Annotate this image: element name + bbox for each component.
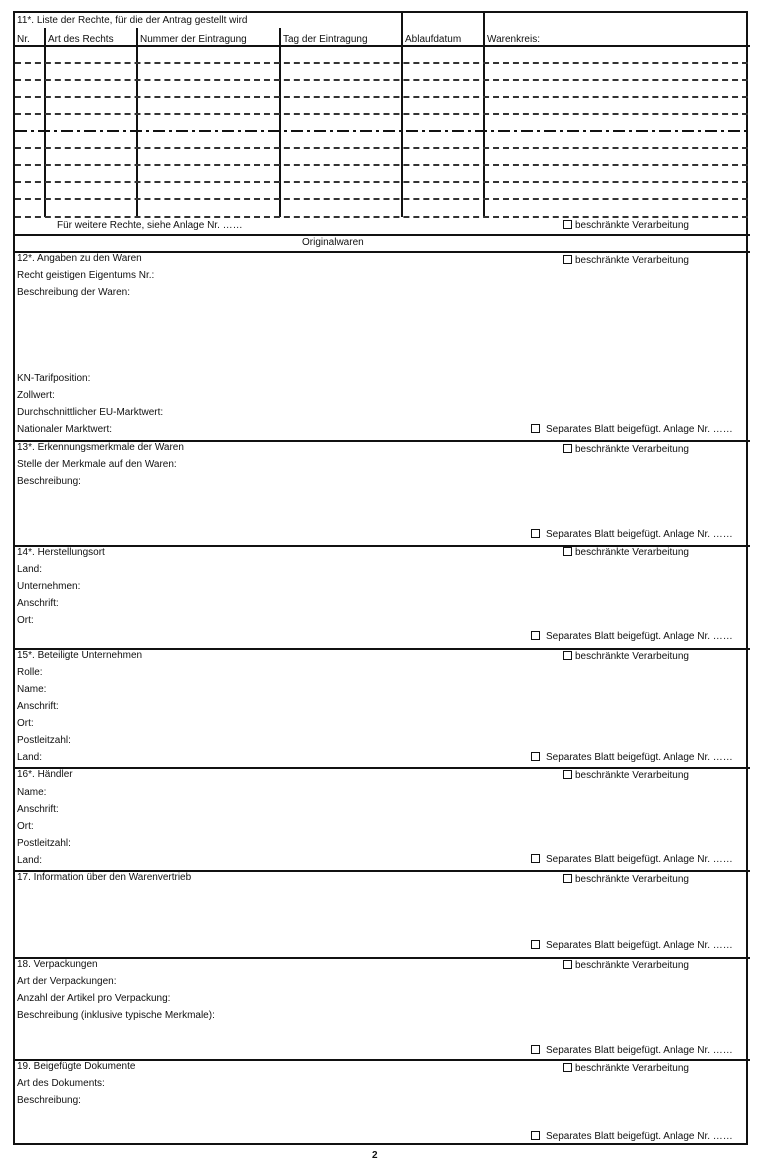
- section-16-title: 16*. Händler: [17, 769, 73, 781]
- section-19-title: 19. Beigefügte Dokumente: [17, 1061, 135, 1073]
- field-document-description[interactable]: Beschreibung:: [17, 1095, 81, 1107]
- field-national-market-value[interactable]: Nationaler Marktwert:: [17, 424, 112, 436]
- checkbox-icon[interactable]: [563, 874, 572, 883]
- checkbox-icon[interactable]: [531, 529, 540, 538]
- field-role[interactable]: Rolle:: [17, 667, 43, 679]
- divider: [13, 957, 750, 959]
- table-row[interactable]: [15, 181, 748, 183]
- checkbox-icon[interactable]: [531, 1045, 540, 1054]
- field-document-type[interactable]: Art des Dokuments:: [17, 1078, 105, 1090]
- checkbox-icon[interactable]: [563, 255, 572, 264]
- checkbox-icon[interactable]: [563, 547, 572, 556]
- table-row[interactable]: [15, 164, 748, 166]
- separate-sheet-checkbox-16[interactable]: Separates Blatt beigefügt. Anlage Nr. ……: [531, 854, 733, 866]
- table-header-rule: [13, 45, 750, 47]
- separate-sheet-checkbox-12[interactable]: Separates Blatt beigefügt. Anlage Nr. ……: [531, 424, 733, 436]
- checkbox-icon[interactable]: [563, 770, 572, 779]
- section-17-title: 17. Information über den Warenvertrieb: [17, 872, 191, 884]
- field-name[interactable]: Name:: [17, 684, 46, 696]
- field-ip-right-nr[interactable]: Recht geistigen Eigentums Nr.:: [17, 270, 154, 282]
- separate-sheet-checkbox-14[interactable]: Separates Blatt beigefügt. Anlage Nr. ……: [531, 631, 733, 643]
- field-country[interactable]: Land:: [17, 564, 42, 576]
- checkbox-icon[interactable]: [531, 940, 540, 949]
- separate-sheet-checkbox-17[interactable]: Separates Blatt beigefügt. Anlage Nr. ……: [531, 940, 733, 952]
- field-address[interactable]: Anschrift:: [17, 598, 59, 610]
- separate-sheet-checkbox-18[interactable]: Separates Blatt beigefügt. Anlage Nr. ……: [531, 1045, 733, 1057]
- field-city[interactable]: Ort:: [17, 615, 34, 627]
- separate-sheet-checkbox-15[interactable]: Separates Blatt beigefügt. Anlage Nr. ……: [531, 752, 733, 764]
- table-row[interactable]: [15, 198, 748, 200]
- restricted-checkbox-17[interactable]: beschränkte Verarbeitung: [563, 874, 689, 886]
- section-14-title: 14*. Herstellungsort: [17, 547, 105, 559]
- col-divider: [44, 28, 46, 217]
- field-packaging-description[interactable]: Beschreibung (inklusive typische Merkmal…: [17, 1010, 215, 1022]
- separate-sheet-checkbox-19[interactable]: Separates Blatt beigefügt. Anlage Nr. ……: [531, 1131, 733, 1143]
- field-eu-market-value[interactable]: Durchschnittlicher EU-Marktwert:: [17, 407, 163, 419]
- divider: [13, 767, 750, 769]
- table-row[interactable]: [15, 79, 748, 81]
- divider: [13, 234, 750, 236]
- section-12-title: 12*. Angaben zu den Waren: [17, 253, 142, 265]
- checkbox-icon[interactable]: [531, 752, 540, 761]
- original-goods-heading: Originalwaren: [302, 237, 364, 249]
- col-divider: [279, 28, 281, 217]
- section-15-title: 15*. Beteiligte Unternehmen: [17, 650, 142, 662]
- table-row[interactable]: [15, 96, 748, 98]
- checkbox-icon[interactable]: [531, 1131, 540, 1140]
- field-postcode[interactable]: Postleitzahl:: [17, 735, 71, 747]
- restricted-checkbox-12[interactable]: beschränkte Verarbeitung: [563, 255, 689, 267]
- table-row[interactable]: [15, 216, 748, 218]
- checkbox-icon[interactable]: [531, 631, 540, 640]
- table-row[interactable]: [15, 147, 748, 149]
- table-break-line: [15, 130, 748, 132]
- restricted-checkbox-11[interactable]: beschränkte Verarbeitung: [563, 220, 689, 232]
- field-country[interactable]: Land:: [17, 855, 42, 867]
- table-row[interactable]: [15, 113, 748, 115]
- restricted-checkbox-19[interactable]: beschränkte Verarbeitung: [563, 1063, 689, 1075]
- field-customs-value[interactable]: Zollwert:: [17, 390, 55, 402]
- field-postcode[interactable]: Postleitzahl:: [17, 838, 71, 850]
- field-feature-description[interactable]: Beschreibung:: [17, 476, 81, 488]
- field-city[interactable]: Ort:: [17, 821, 34, 833]
- field-items-per-package[interactable]: Anzahl der Artikel pro Verpackung:: [17, 993, 170, 1005]
- field-country[interactable]: Land:: [17, 752, 42, 764]
- field-name[interactable]: Name:: [17, 787, 46, 799]
- rights-table-title: 11*. Liste der Rechte, für die der Antra…: [17, 15, 248, 27]
- field-city[interactable]: Ort:: [17, 718, 34, 730]
- checkbox-icon[interactable]: [563, 1063, 572, 1072]
- restricted-checkbox-16[interactable]: beschränkte Verarbeitung: [563, 770, 689, 782]
- checkbox-icon[interactable]: [563, 444, 572, 453]
- checkbox-icon[interactable]: [531, 424, 540, 433]
- table-row[interactable]: [15, 62, 748, 64]
- field-company[interactable]: Unternehmen:: [17, 581, 80, 593]
- separate-sheet-checkbox-13[interactable]: Separates Blatt beigefügt. Anlage Nr. ……: [531, 529, 733, 541]
- section-18-title: 18. Verpackungen: [17, 959, 98, 971]
- section-13-title: 13*. Erkennungsmerkmale der Waren: [17, 442, 184, 454]
- checkbox-icon[interactable]: [563, 960, 572, 969]
- restricted-checkbox-13[interactable]: beschränkte Verarbeitung: [563, 444, 689, 456]
- restricted-checkbox-15[interactable]: beschränkte Verarbeitung: [563, 651, 689, 663]
- field-cn-tariff[interactable]: KN-Tarifposition:: [17, 373, 90, 385]
- restricted-checkbox-14[interactable]: beschränkte Verarbeitung: [563, 547, 689, 559]
- page-number: 2: [372, 1150, 378, 1161]
- col-divider: [136, 28, 138, 217]
- field-address[interactable]: Anschrift:: [17, 804, 59, 816]
- checkbox-icon[interactable]: [563, 651, 572, 660]
- checkbox-icon[interactable]: [563, 220, 572, 229]
- further-rights-note: Für weitere Rechte, siehe Anlage Nr. ……: [57, 220, 243, 232]
- checkbox-icon[interactable]: [531, 854, 540, 863]
- field-packaging-type[interactable]: Art der Verpackungen:: [17, 976, 117, 988]
- field-feature-location[interactable]: Stelle der Merkmale auf den Waren:: [17, 459, 177, 471]
- field-goods-description[interactable]: Beschreibung der Waren:: [17, 287, 130, 299]
- restricted-checkbox-18[interactable]: beschränkte Verarbeitung: [563, 960, 689, 972]
- field-address[interactable]: Anschrift:: [17, 701, 59, 713]
